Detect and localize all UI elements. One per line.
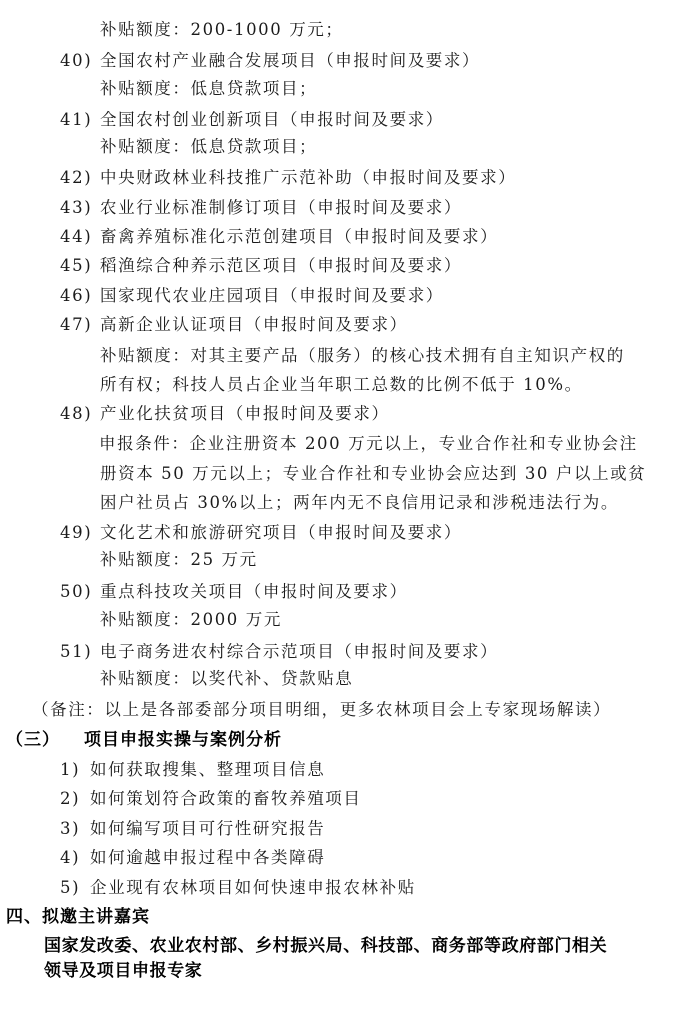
item-48-detail-2: 册资本 50 万元以上；专业合作社和专业协会应达到 30 户以上或贫 <box>100 463 646 485</box>
section-3-number: （三） <box>6 729 60 751</box>
item-41-number: 41) <box>60 109 92 131</box>
section-3-item-1-number: 1) <box>60 759 80 781</box>
section-3-item-2-text: 如何策划符合政策的畜牧养殖项目 <box>90 788 362 810</box>
item-41-detail: 补贴额度：低息贷款项目； <box>100 136 317 158</box>
item-51-title: 电子商务进农村综合示范项目（申报时间及要求） <box>100 641 498 663</box>
item-40-number: 40) <box>60 50 92 72</box>
section-4-line-2: 领导及项目申报专家 <box>44 960 202 982</box>
item-49-detail: 补贴额度：25 万元 <box>100 549 258 571</box>
item-40-detail: 补贴额度：低息贷款项目； <box>100 78 317 100</box>
item-51-detail: 补贴额度：以奖代补、贷款贴息 <box>100 668 353 690</box>
item-47-detail-2: 所有权；科技人员占企业当年职工总数的比例不低于 10%。 <box>100 374 583 396</box>
item-51-number: 51) <box>60 641 92 663</box>
item-44-title: 畜禽养殖标准化示范创建项目（申报时间及要求） <box>100 226 498 248</box>
section-3-title: 项目申报实操与案例分析 <box>84 729 282 751</box>
item-42-title: 中央财政林业科技推广示范补助（申报时间及要求） <box>100 167 516 189</box>
item-49-number: 49) <box>60 522 92 544</box>
item-47-number: 47) <box>60 314 92 336</box>
document-page: 补贴额度：200-1000 万元； 40) 全国农村产业融合发展项目（申报时间及… <box>0 0 680 1009</box>
section-3-item-2-number: 2) <box>60 788 80 810</box>
section-3-item-3-text: 如何编写项目可行性研究报告 <box>90 818 325 840</box>
section-3-item-4-number: 4) <box>60 847 80 869</box>
section-3-item-5-text: 企业现有农林项目如何快速申报农林补贴 <box>90 877 416 899</box>
item-46-title: 国家现代农业庄园项目（申报时间及要求） <box>100 285 444 307</box>
item-40-title: 全国农村产业融合发展项目（申报时间及要求） <box>100 50 480 72</box>
item-44-number: 44) <box>60 226 92 248</box>
item-49-title: 文化艺术和旅游研究项目（申报时间及要求） <box>100 522 462 544</box>
item-50-title: 重点科技攻关项目（申报时间及要求） <box>100 581 408 603</box>
item-48-detail-3: 困户社员占 30%以上；两年内无不良信用记录和涉税违法行为。 <box>100 492 619 514</box>
item-45-number: 45) <box>60 255 92 277</box>
item-43-title: 农业行业标准制修订项目（申报时间及要求） <box>100 197 462 219</box>
item-48-number: 48) <box>60 403 92 425</box>
note-text: （备注：以上是各部委部分项目明细，更多农林项目会上专家现场解读） <box>32 699 611 721</box>
item-43-number: 43) <box>60 197 92 219</box>
item-42-number: 42) <box>60 167 92 189</box>
item-48-title: 产业化扶贫项目（申报时间及要求） <box>100 403 390 425</box>
item-47-detail-1: 补贴额度：对其主要产品（服务）的核心技术拥有自主知识产权的 <box>100 345 625 367</box>
section-4-line-1: 国家发改委、农业农村部、乡村振兴局、科技部、商务部等政府部门相关 <box>44 935 607 957</box>
section-3-item-3-number: 3) <box>60 818 80 840</box>
section-3-item-5-number: 5) <box>60 877 80 899</box>
item-47-title: 高新企业认证项目（申报时间及要求） <box>100 314 408 336</box>
section-3-item-4-text: 如何逾越申报过程中各类障碍 <box>90 847 325 869</box>
item-45-title: 稻渔综合种养示范区项目（申报时间及要求） <box>100 255 462 277</box>
item-41-title: 全国农村创业创新项目（申报时间及要求） <box>100 109 444 131</box>
item-39-detail: 补贴额度：200-1000 万元； <box>100 19 344 41</box>
item-48-detail-1: 申报条件：企业注册资本 200 万元以上，专业合作社和专业协会注 <box>99 433 638 455</box>
section-3-item-1-text: 如何获取搜集、整理项目信息 <box>90 759 325 781</box>
item-46-number: 46) <box>60 285 92 307</box>
section-4-heading: 四、拟邀主讲嘉宾 <box>6 906 150 928</box>
item-50-detail: 补贴额度：2000 万元 <box>100 609 282 631</box>
item-50-number: 50) <box>60 581 92 603</box>
